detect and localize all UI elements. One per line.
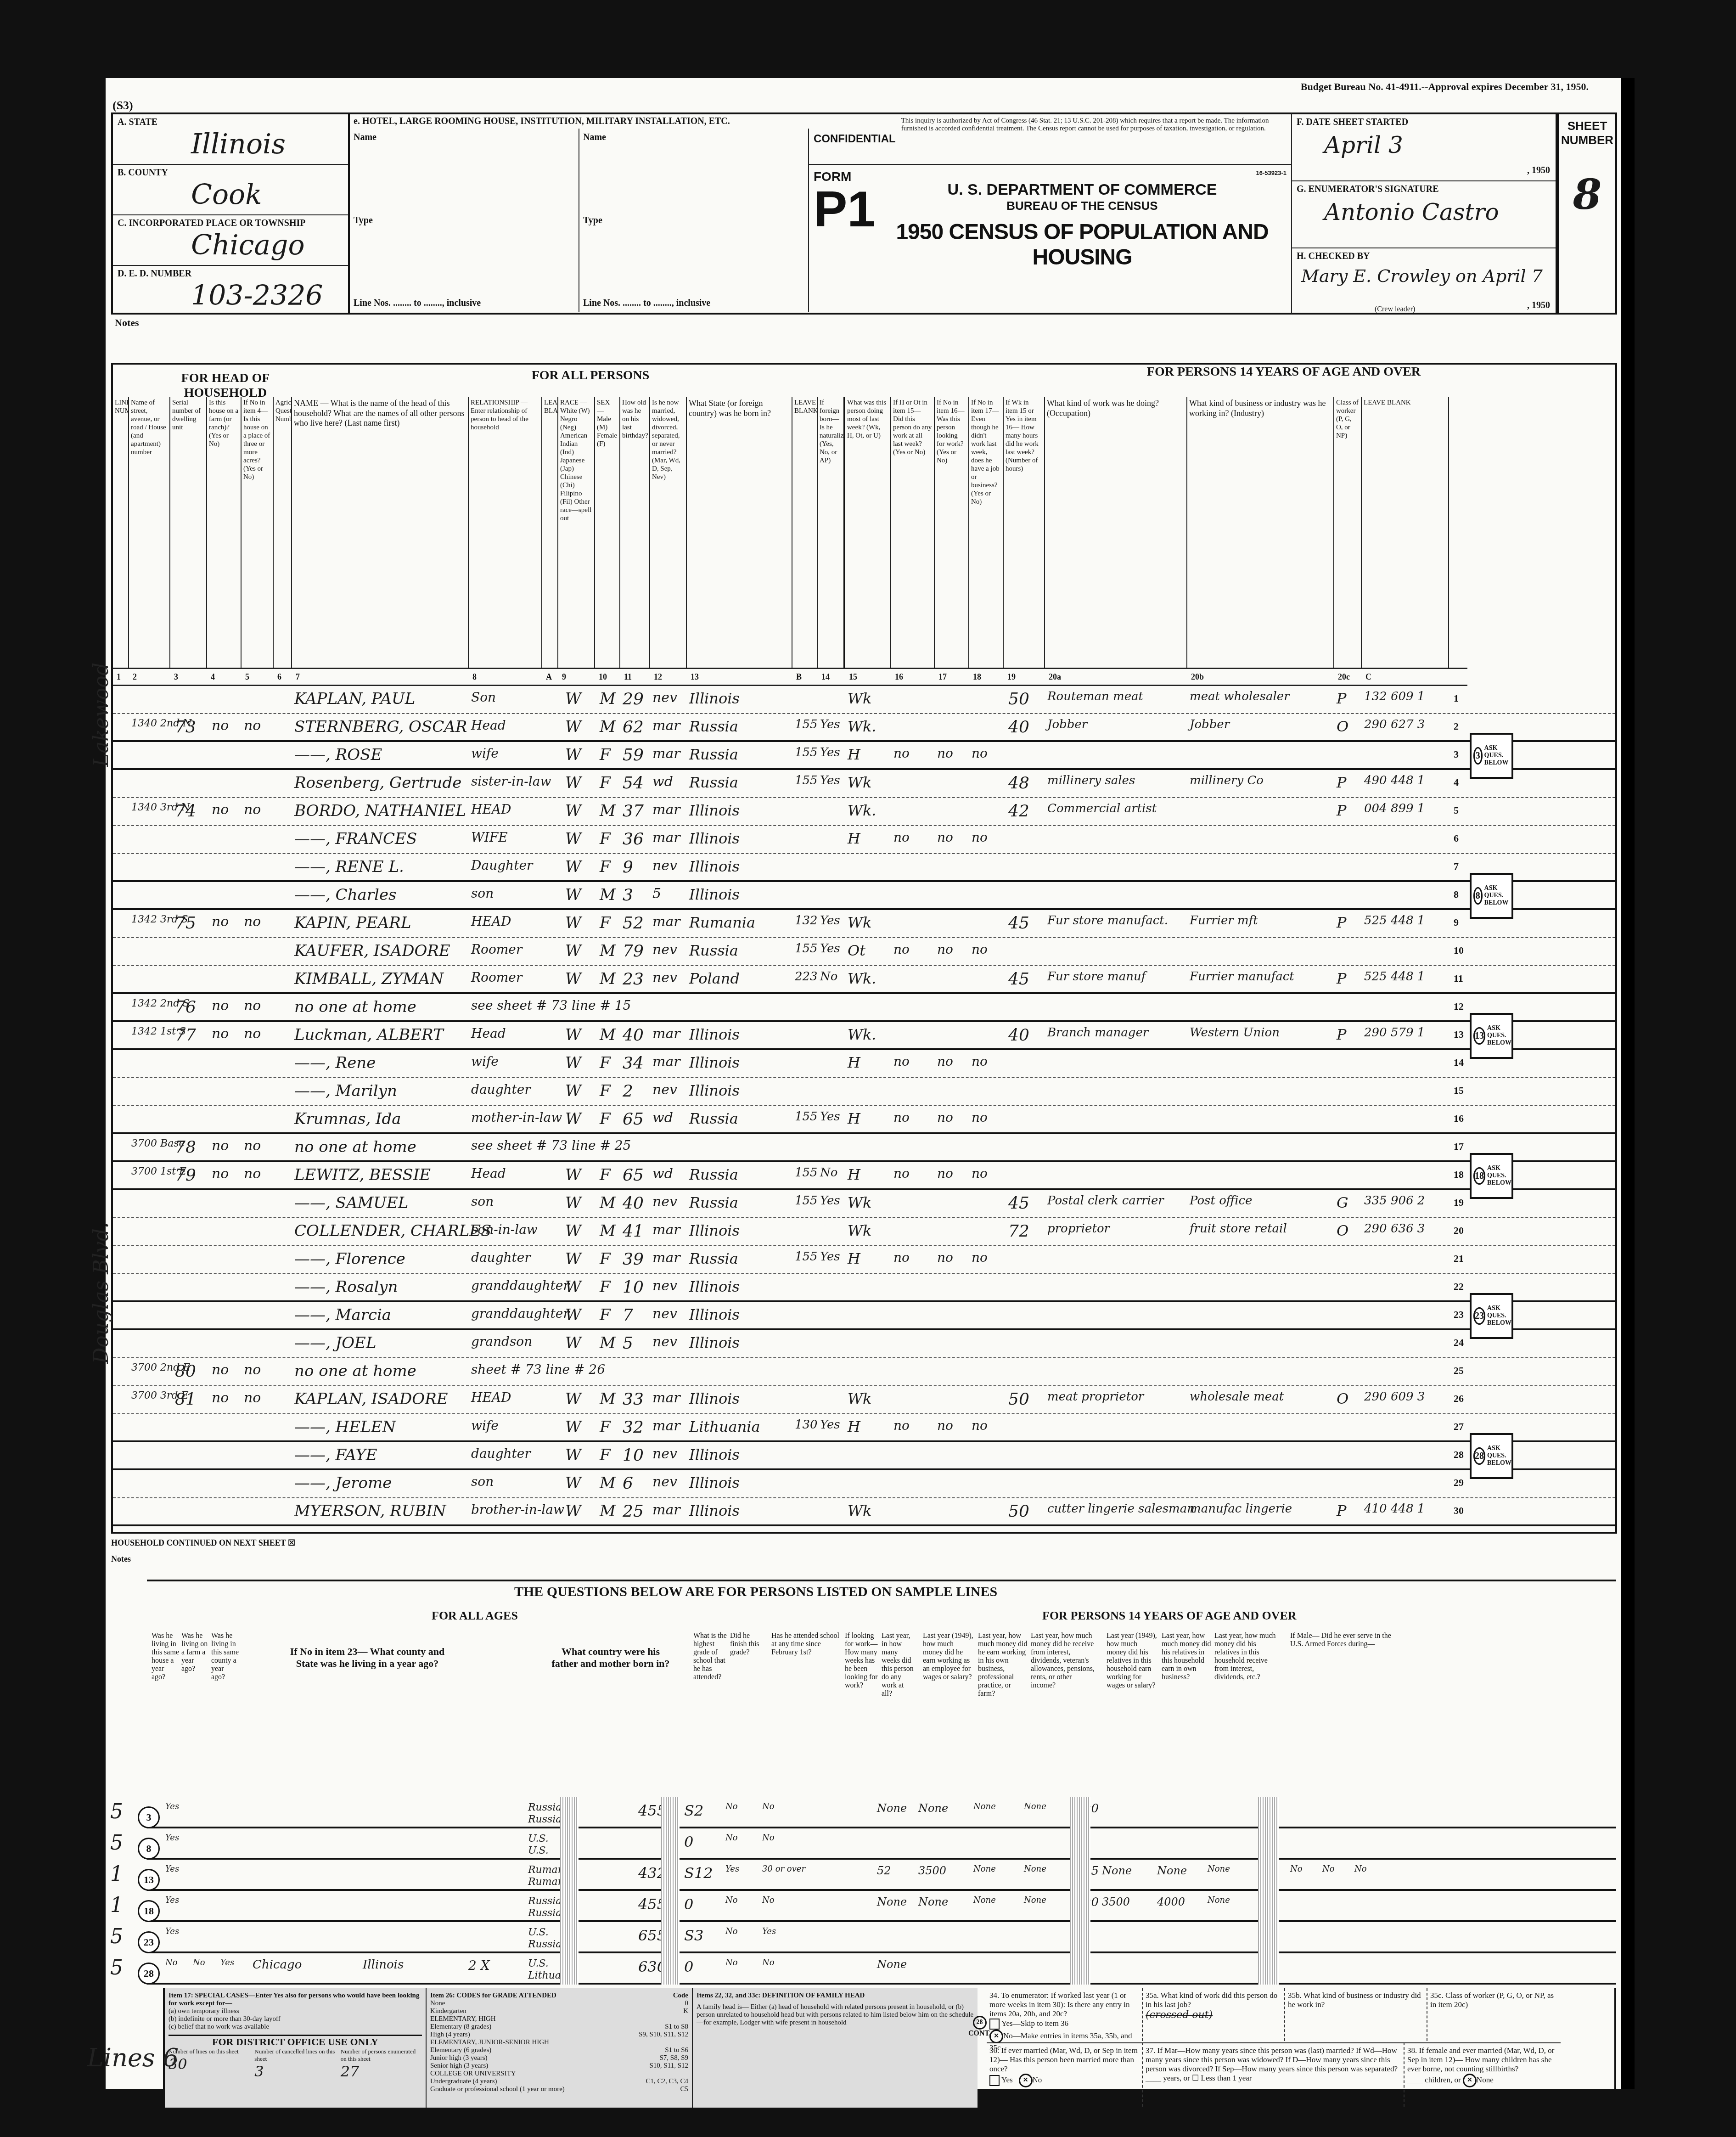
q21-answer[interactable]: Yes: [165, 1895, 179, 1905]
q34-no-circled[interactable]: ✕: [989, 2030, 1003, 2043]
hours-worked: 42: [1008, 802, 1029, 821]
class-of-worker: G: [1337, 1194, 1348, 1211]
table-row: 173700 Base78nonono one at homesee sheet…: [113, 1134, 1615, 1162]
sample-persons-14: FOR PERSONS 14 YEARS OF AGE AND OVER: [1042, 1609, 1297, 1623]
person-name: KAUFER, ISADORE: [294, 942, 450, 960]
birthplace: Russia: [689, 942, 738, 959]
activity: Ot: [848, 942, 865, 959]
sample-lines-section: THE QUESTIONS BELOW ARE FOR PERSONS LIST…: [147, 1580, 1616, 1984]
q37-text: 37. If Mar—How many years since this per…: [1146, 2046, 1401, 2074]
age: 10: [623, 1446, 644, 1465]
code-d: 2 X: [468, 1958, 490, 1973]
industry: Post office: [1190, 1194, 1253, 1208]
class-of-worker: P: [1337, 1026, 1347, 1043]
census-title: 1950 CENSUS OF POPULATION AND HOUSING: [878, 219, 1287, 270]
column-number: 19: [1007, 669, 1016, 685]
sex: F: [600, 1110, 611, 1128]
column-number: 2: [133, 669, 137, 685]
col-header-6: Agriculture Questionnaire Number: [274, 397, 292, 668]
race: W: [565, 1082, 581, 1100]
q36-no-circled[interactable]: ✕: [1019, 2074, 1033, 2087]
grade-title: Item 26: CODES for GRADE ATTENDED: [430, 1992, 556, 2000]
birthplace: Illinois: [689, 1390, 740, 1407]
sex: M: [600, 690, 616, 708]
race: W: [565, 942, 581, 960]
q18-answer: no: [972, 1054, 988, 1069]
mother-birthplace: Russia: [528, 1814, 562, 1825]
col-header-9: RACE — White (W) Negro (Neg) American In…: [558, 397, 595, 668]
q16-answer: no: [893, 1110, 910, 1125]
line-number: 13: [1454, 1029, 1464, 1040]
farm-answer: no: [212, 802, 229, 818]
margin-note-lines: Lines 6: [87, 2043, 179, 2072]
marital-status: 5: [652, 886, 661, 902]
mother-birthplace: Russia: [528, 1939, 562, 1950]
relatives-business: None: [1157, 1864, 1187, 1877]
age: 54: [623, 774, 644, 793]
q16-answer: no: [893, 1418, 910, 1433]
age: 33: [623, 1390, 644, 1409]
code-c: 290 579 1: [1364, 1026, 1425, 1040]
birthplace: Illinois: [689, 1082, 740, 1099]
line-number: 28: [1454, 1449, 1464, 1461]
birthplace: Poland: [689, 970, 740, 987]
code-c: 490 448 1: [1364, 774, 1425, 787]
q38-none: None: [1477, 2075, 1494, 2084]
q21-answer[interactable]: No: [165, 1958, 178, 1968]
sex: F: [600, 746, 611, 764]
q22-answer[interactable]: No: [193, 1958, 205, 1968]
marital-status: nev: [652, 1082, 677, 1098]
col-header-8: RELATIONSHIP — Enter relationship of per…: [469, 397, 542, 668]
checked-by-value: Mary E. Crowley on April 7: [1301, 266, 1543, 286]
class-of-worker: P: [1337, 970, 1347, 987]
q26-header: What is the highest grade of school that…: [693, 1632, 728, 1681]
q34-text: 34. To enumerator: If worked last year (…: [989, 1991, 1139, 2019]
table-row: 15——, MarilyndaughterWF2nevIllinois: [113, 1078, 1615, 1106]
birthplace: Illinois: [689, 1446, 740, 1463]
county-answer: Chicago: [253, 1958, 302, 1972]
attended-school[interactable]: No: [762, 1895, 775, 1905]
hours-worked: 40: [1008, 718, 1029, 737]
column-number: 8: [472, 669, 477, 685]
person-name: Krumnas, Ida: [294, 1110, 401, 1128]
race: W: [565, 1250, 581, 1268]
marital-status: mar: [652, 802, 680, 818]
age: 32: [623, 1418, 644, 1437]
birthplace: Illinois: [689, 1474, 740, 1491]
q34-yes-checkbox[interactable]: [989, 2019, 1000, 2030]
q16-answer: no: [893, 830, 910, 845]
person-name: Rosenberg, Gertrude: [294, 774, 461, 792]
sample-margin-mark: 1: [110, 1894, 123, 1917]
grade-attended: S3: [684, 1927, 703, 1944]
relationship: daughter: [471, 1250, 531, 1265]
q32b-header: Last year, how much money did his relati…: [1162, 1632, 1212, 1681]
instructions-block: Item 17: SPECIAL CASES—Enter Yes also fo…: [163, 1988, 1616, 2108]
location-block: a. STATEIllinois b. COUNTYCook c. INCORP…: [111, 112, 350, 315]
q22-header: Was he living on a farm a year ago?: [181, 1632, 209, 1673]
grade-code: 0: [685, 2000, 689, 2008]
mother-birthplace: U.S.: [528, 1845, 549, 1856]
class-of-worker: O: [1337, 1390, 1348, 1407]
table-row: 91342 3rd S75nonoKAPIN, PEARLHEADWF52mar…: [113, 910, 1615, 938]
weeks-worked: None: [877, 1895, 907, 1908]
relatives-other: None: [1208, 1895, 1230, 1905]
grade-code: S1 to S8: [665, 2023, 688, 2031]
person-name: KIMBALL, ZYMAN: [294, 970, 444, 988]
sex: F: [600, 1082, 611, 1100]
activity: Wk.: [848, 970, 876, 987]
weeks-worked: 52: [877, 1864, 891, 1877]
occupation: Postal clerk carrier: [1047, 1194, 1164, 1208]
birthplace: Illinois: [689, 690, 740, 707]
person-name: Luckman, ALBERT: [294, 1026, 444, 1044]
column-number: 7: [296, 669, 300, 685]
activity: H: [848, 1250, 860, 1267]
race: W: [565, 1306, 581, 1324]
q21-answer[interactable]: Yes: [165, 1927, 179, 1936]
table-row: 8——, CharlessonWM35Illinois8ASK QUES. BE…: [113, 882, 1615, 910]
person-name: BORDO, NATHANIEL: [294, 802, 466, 820]
population-table: FOR HEAD OF HOUSEHOLD FOR ALL PERSONS FO…: [111, 363, 1617, 1534]
sample-line-circle: 13: [138, 1869, 160, 1891]
leave-blank-strip: [1258, 1797, 1279, 1985]
race: W: [565, 746, 581, 764]
col-header-2: Name of street, avenue, or road / House …: [129, 397, 170, 668]
class-of-worker: O: [1337, 718, 1348, 735]
code-c: 335 906 2: [1364, 1194, 1425, 1208]
enumerator-label: g. ENUMERATOR'S SIGNATURE: [1297, 184, 1551, 195]
sex: M: [600, 886, 616, 904]
ask-label: ASK QUES. BELOW: [1484, 745, 1510, 767]
line-number: 17: [1454, 1141, 1464, 1153]
attended-school[interactable]: No: [762, 1833, 775, 1843]
activity: H: [848, 1110, 860, 1127]
q38-none-circled[interactable]: ✕: [1463, 2074, 1477, 2087]
col-header-11: How old was he on his last birthday?: [620, 397, 650, 668]
naturalized: Yes: [820, 718, 840, 731]
institution-block: e. HOTEL, LARGE ROOMING HOUSE, INSTITUTI…: [350, 112, 809, 315]
age: 62: [623, 718, 644, 737]
age: 65: [623, 1166, 644, 1185]
sex: F: [600, 1278, 611, 1296]
activity: Wk.: [848, 1026, 876, 1043]
finished-grade[interactable]: No: [725, 1958, 738, 1968]
table-row: 19——, SAMUELsonWM40nevRussia155YesWk45Po…: [113, 1190, 1615, 1218]
birthplace: Russia: [689, 1194, 738, 1211]
q24-header: If No in item 23— What county and State …: [285, 1646, 450, 1670]
ask-line-circle: 23: [1473, 1307, 1485, 1325]
col-header-15: What was this person doing most of last …: [845, 397, 891, 668]
age: 65: [623, 1110, 644, 1129]
q38-answer: ____ children, or: [1407, 2075, 1461, 2084]
crew-leader-label: (Crew leader): [1375, 305, 1415, 314]
person-name: COLLENDER, CHARLES: [294, 1222, 491, 1240]
leave-blank-strip: [661, 1797, 680, 1985]
race: W: [565, 1418, 581, 1436]
col-header-17: If No in item 16— Was this person lookin…: [935, 397, 969, 668]
activity: Wk: [848, 914, 871, 931]
q36-yes-checkbox[interactable]: [989, 2075, 1000, 2086]
code-b: 132: [795, 914, 818, 928]
person-name: ——, Charles: [294, 886, 397, 904]
q29-header: If looking for work— How many weeks has …: [845, 1632, 879, 1690]
acres-answer: no: [244, 1362, 261, 1378]
industry: Furrier mft: [1190, 914, 1258, 928]
q17-answer: no: [937, 746, 953, 761]
ed-value: 103-2326: [191, 280, 323, 312]
table-row: 6——, FRANCESWIFEWF36marIllinoisHnonono: [113, 826, 1615, 854]
leave-blank-strip: [560, 1797, 579, 1985]
father-birthplace: Russia: [528, 1895, 562, 1907]
q38-text: 38. If female and ever married (Mar, Wd,…: [1407, 2046, 1558, 2074]
line-number: 26: [1454, 1393, 1464, 1405]
finished-grade[interactable]: Yes: [725, 1864, 739, 1874]
q16-answer: no: [893, 1166, 910, 1181]
naturalized: Yes: [820, 774, 840, 787]
race: W: [565, 1026, 581, 1044]
code-c: 132 609 1: [1364, 690, 1425, 703]
line-number: 11: [1454, 973, 1463, 984]
age: 5: [623, 1334, 633, 1353]
activity: Wk: [848, 774, 871, 791]
farm-answer: no: [212, 1362, 229, 1378]
table-row: 24——, JOELgrandsonWM5nevIllinois: [113, 1330, 1615, 1358]
col-header-C: LEAVE BLANK: [1362, 397, 1449, 668]
column-number: 3: [174, 669, 178, 685]
institution-col-1: Name Type Line Nos. ........ to ........…: [350, 129, 579, 312]
industry: wholesale meat: [1190, 1390, 1284, 1404]
race: W: [565, 1390, 581, 1408]
occupation: proprietor: [1047, 1222, 1110, 1236]
naturalized: Yes: [820, 1418, 840, 1432]
marital-status: mar: [652, 830, 680, 846]
farm-answer: no: [212, 1026, 229, 1042]
sample-title: THE QUESTIONS BELOW ARE FOR PERSONS LIST…: [514, 1584, 997, 1600]
column-number: 17: [938, 669, 947, 685]
col-header-20b: What kind of business or industry was he…: [1187, 397, 1334, 668]
sample-row: 131YesRumaniaRumania432S12Yes30 or over5…: [147, 1860, 1616, 1891]
sample-row: 235YesU.S.Russia655S3NoYes: [147, 1922, 1616, 1953]
sample-line-circle: 23: [138, 1931, 160, 1953]
serial-number: 73: [175, 718, 196, 737]
sample-line-circle: 28: [138, 1963, 160, 1985]
attended-school[interactable]: No: [762, 1802, 775, 1811]
code-b: 155: [795, 746, 818, 759]
age: 6: [623, 1474, 633, 1493]
occupation: Routeman meat: [1047, 690, 1143, 703]
finished-grade[interactable]: No: [725, 1895, 738, 1905]
business-income: None: [973, 1802, 996, 1811]
farm-answer: no: [212, 1390, 229, 1406]
race: W: [565, 1194, 581, 1212]
q16-answer: no: [893, 746, 910, 761]
naturalized: No: [820, 1166, 837, 1180]
occupation: Fur store manufact.: [1047, 914, 1168, 928]
col-header-12: Is he now married, widowed, divorced, se…: [650, 397, 687, 668]
table-row: 28——, FAYEdaughterWF10nevIllinois28ASK Q…: [113, 1442, 1615, 1470]
q23-answer[interactable]: Yes: [220, 1958, 234, 1968]
serial-number: 74: [175, 802, 196, 821]
district-col-1: Number of lines on this sheet: [169, 2048, 250, 2055]
serial-number: 78: [175, 1138, 196, 1157]
column-number: 12: [654, 669, 662, 685]
age: 40: [623, 1194, 644, 1213]
district-val-3: 27: [341, 2063, 422, 2080]
person-name: ——, Rene: [294, 1054, 376, 1072]
line-number: 5: [1454, 804, 1459, 816]
activity: H: [848, 1418, 860, 1435]
code-c: 004 899 1: [1364, 802, 1425, 815]
relationship: sheet # 73 line # 26: [471, 1362, 605, 1377]
activity: H: [848, 830, 860, 847]
attended-school[interactable]: No: [762, 1958, 775, 1968]
relationship: son-in-law: [471, 1222, 538, 1237]
person-name: ——, JOEL: [294, 1334, 376, 1352]
col-header-18: If No in item 17— Even though he didn't …: [969, 397, 1004, 668]
grade-codes-list: None0KindergartenKELEMENTARY, HIGHElemen…: [430, 2000, 688, 2093]
class-of-worker: P: [1337, 802, 1347, 819]
code-c: 290 627 3: [1364, 718, 1425, 731]
sex: M: [600, 942, 616, 960]
finished-grade[interactable]: No: [725, 1833, 738, 1843]
line-number: 14: [1454, 1057, 1464, 1068]
finished-grade[interactable]: No: [725, 1927, 738, 1936]
institution-col-2: Name Type Line Nos. ........ to ........…: [579, 129, 809, 312]
table-row: 20COLLENDER, CHARLESson-in-lawWM41marIll…: [113, 1218, 1615, 1246]
table-row: 27——, HELENwifeWF32marLithuania130YesHno…: [113, 1414, 1615, 1442]
grade-code: S7, S8, S9: [659, 2054, 688, 2062]
person-name: KAPIN, PEARL: [294, 914, 411, 932]
father-birthplace: U.S.: [528, 1927, 549, 1938]
ask-line-circle: 3: [1473, 747, 1483, 765]
naturalized: Yes: [820, 1250, 840, 1264]
class-of-worker: P: [1337, 914, 1347, 931]
q16-answer: no: [893, 942, 910, 957]
confidential-label: CONFIDENTIAL: [814, 133, 896, 146]
age: 79: [623, 942, 644, 961]
serial-number: 75: [175, 914, 196, 933]
attended-school[interactable]: 30 or over: [762, 1864, 805, 1874]
sex: F: [600, 1306, 611, 1324]
grade-level: Kindergarten: [430, 2008, 466, 2015]
column-number: 20c: [1338, 669, 1350, 685]
special-title: Item 17: SPECIAL CASES—Enter Yes also fo…: [169, 1992, 422, 2008]
table-row: 29——, JeromesonWM6nevIllinois: [113, 1470, 1615, 1498]
other-service-answer[interactable]: No: [1354, 1864, 1367, 1874]
column-number: 6: [277, 669, 281, 685]
q21-answer[interactable]: Yes: [165, 1864, 179, 1874]
q17-answer: no: [937, 830, 953, 845]
person-name: ——, Marilyn: [294, 1082, 397, 1100]
sex: F: [600, 914, 611, 932]
birthplace: Illinois: [689, 802, 740, 819]
q34-yes: Yes—Skip to item 36: [1001, 2019, 1068, 2028]
relationship: Head: [471, 1166, 506, 1181]
race: W: [565, 1334, 581, 1352]
relationship: Roomer: [471, 942, 522, 957]
line-number: 7: [1454, 860, 1459, 872]
famhead-text: A family head is— Either (a) head of hou…: [697, 2003, 974, 2027]
activity: H: [848, 1166, 860, 1183]
q37-answer: ____ years, or ☐ Less than 1 year: [1146, 2074, 1401, 2083]
race: W: [565, 914, 581, 932]
relatives-business: 4000: [1157, 1895, 1185, 1908]
sex: F: [600, 1446, 611, 1464]
grade-codes-box: Item 26: CODES for GRADE ATTENDEDCode No…: [427, 1988, 693, 2108]
q18-answer: no: [972, 942, 988, 957]
column-number: A: [546, 669, 552, 685]
q17-answer: no: [937, 1054, 953, 1069]
column-number: 9: [562, 669, 566, 685]
acres-answer: no: [244, 1138, 261, 1154]
household-continued[interactable]: HOUSEHOLD CONTINUED ON NEXT SHEET ☒: [111, 1538, 295, 1548]
q32c-header: Last year, how much money did his relati…: [1214, 1632, 1279, 1681]
birthplace: Russia: [689, 746, 738, 763]
ask-label: ASK QUES. BELOW: [1487, 1025, 1511, 1047]
occupation: Fur store manuf: [1047, 970, 1146, 984]
birthplace: Lithuania: [689, 1418, 760, 1435]
enumerator-signature: Antonio Castro: [1324, 199, 1499, 225]
activity: Wk: [848, 1390, 871, 1407]
sex: M: [600, 718, 616, 736]
race: W: [565, 970, 581, 988]
wages-income: 3500: [918, 1864, 946, 1877]
q18-answer: no: [972, 746, 988, 761]
column-number: 10: [599, 669, 607, 685]
q35b-text: 35b. What kind of business or industry d…: [1285, 1988, 1427, 2041]
code-c: 290 609 3: [1364, 1390, 1425, 1404]
q21-answer[interactable]: Yes: [165, 1833, 179, 1843]
column-number: 20b: [1191, 669, 1204, 685]
line-number: 22: [1454, 1281, 1464, 1293]
attended-school[interactable]: Yes: [762, 1927, 776, 1936]
activity: Wk.: [848, 718, 876, 735]
sample-margin-mark: 1: [110, 1862, 123, 1886]
column-number: 18: [973, 669, 981, 685]
ww1-answer[interactable]: No: [1322, 1864, 1335, 1874]
father-birthplace: U.S.: [528, 1958, 549, 1969]
sex: M: [600, 1194, 616, 1212]
column-number: C: [1365, 669, 1371, 685]
sheet-number-value: 8: [1559, 170, 1615, 219]
grade-level: ELEMENTARY, JUNIOR-SENIOR HIGH: [430, 2039, 549, 2047]
finished-grade[interactable]: No: [725, 1802, 738, 1811]
form-code: 16-53923-1: [878, 169, 1287, 176]
naturalized: Yes: [820, 914, 840, 928]
q18-answer: no: [972, 830, 988, 845]
hours-worked: 45: [1008, 970, 1029, 989]
activity: Wk: [848, 1194, 871, 1211]
age: 25: [623, 1502, 644, 1521]
col-header-3: Serial number of dwelling unit: [170, 397, 207, 668]
q21-answer[interactable]: Yes: [165, 1802, 179, 1811]
ask-label: ASK QUES. BELOW: [1484, 885, 1510, 907]
sample-margin-mark: 5: [110, 1956, 123, 1980]
relationship: son: [471, 886, 494, 901]
acres-answer: no: [244, 1026, 261, 1042]
sheet-number-block: SHEET NUMBER 8: [1557, 112, 1617, 315]
grade-level: Junior high (3 years): [430, 2054, 488, 2062]
marital-status: mar: [652, 718, 680, 734]
sex: M: [600, 1222, 616, 1240]
ww2-answer[interactable]: No: [1290, 1864, 1303, 1874]
column-number: 15: [849, 669, 857, 685]
relationship: granddaughter: [471, 1278, 569, 1293]
person-name: ——, FAYE: [294, 1446, 377, 1464]
relationship: see sheet # 73 line # 25: [471, 1138, 631, 1153]
